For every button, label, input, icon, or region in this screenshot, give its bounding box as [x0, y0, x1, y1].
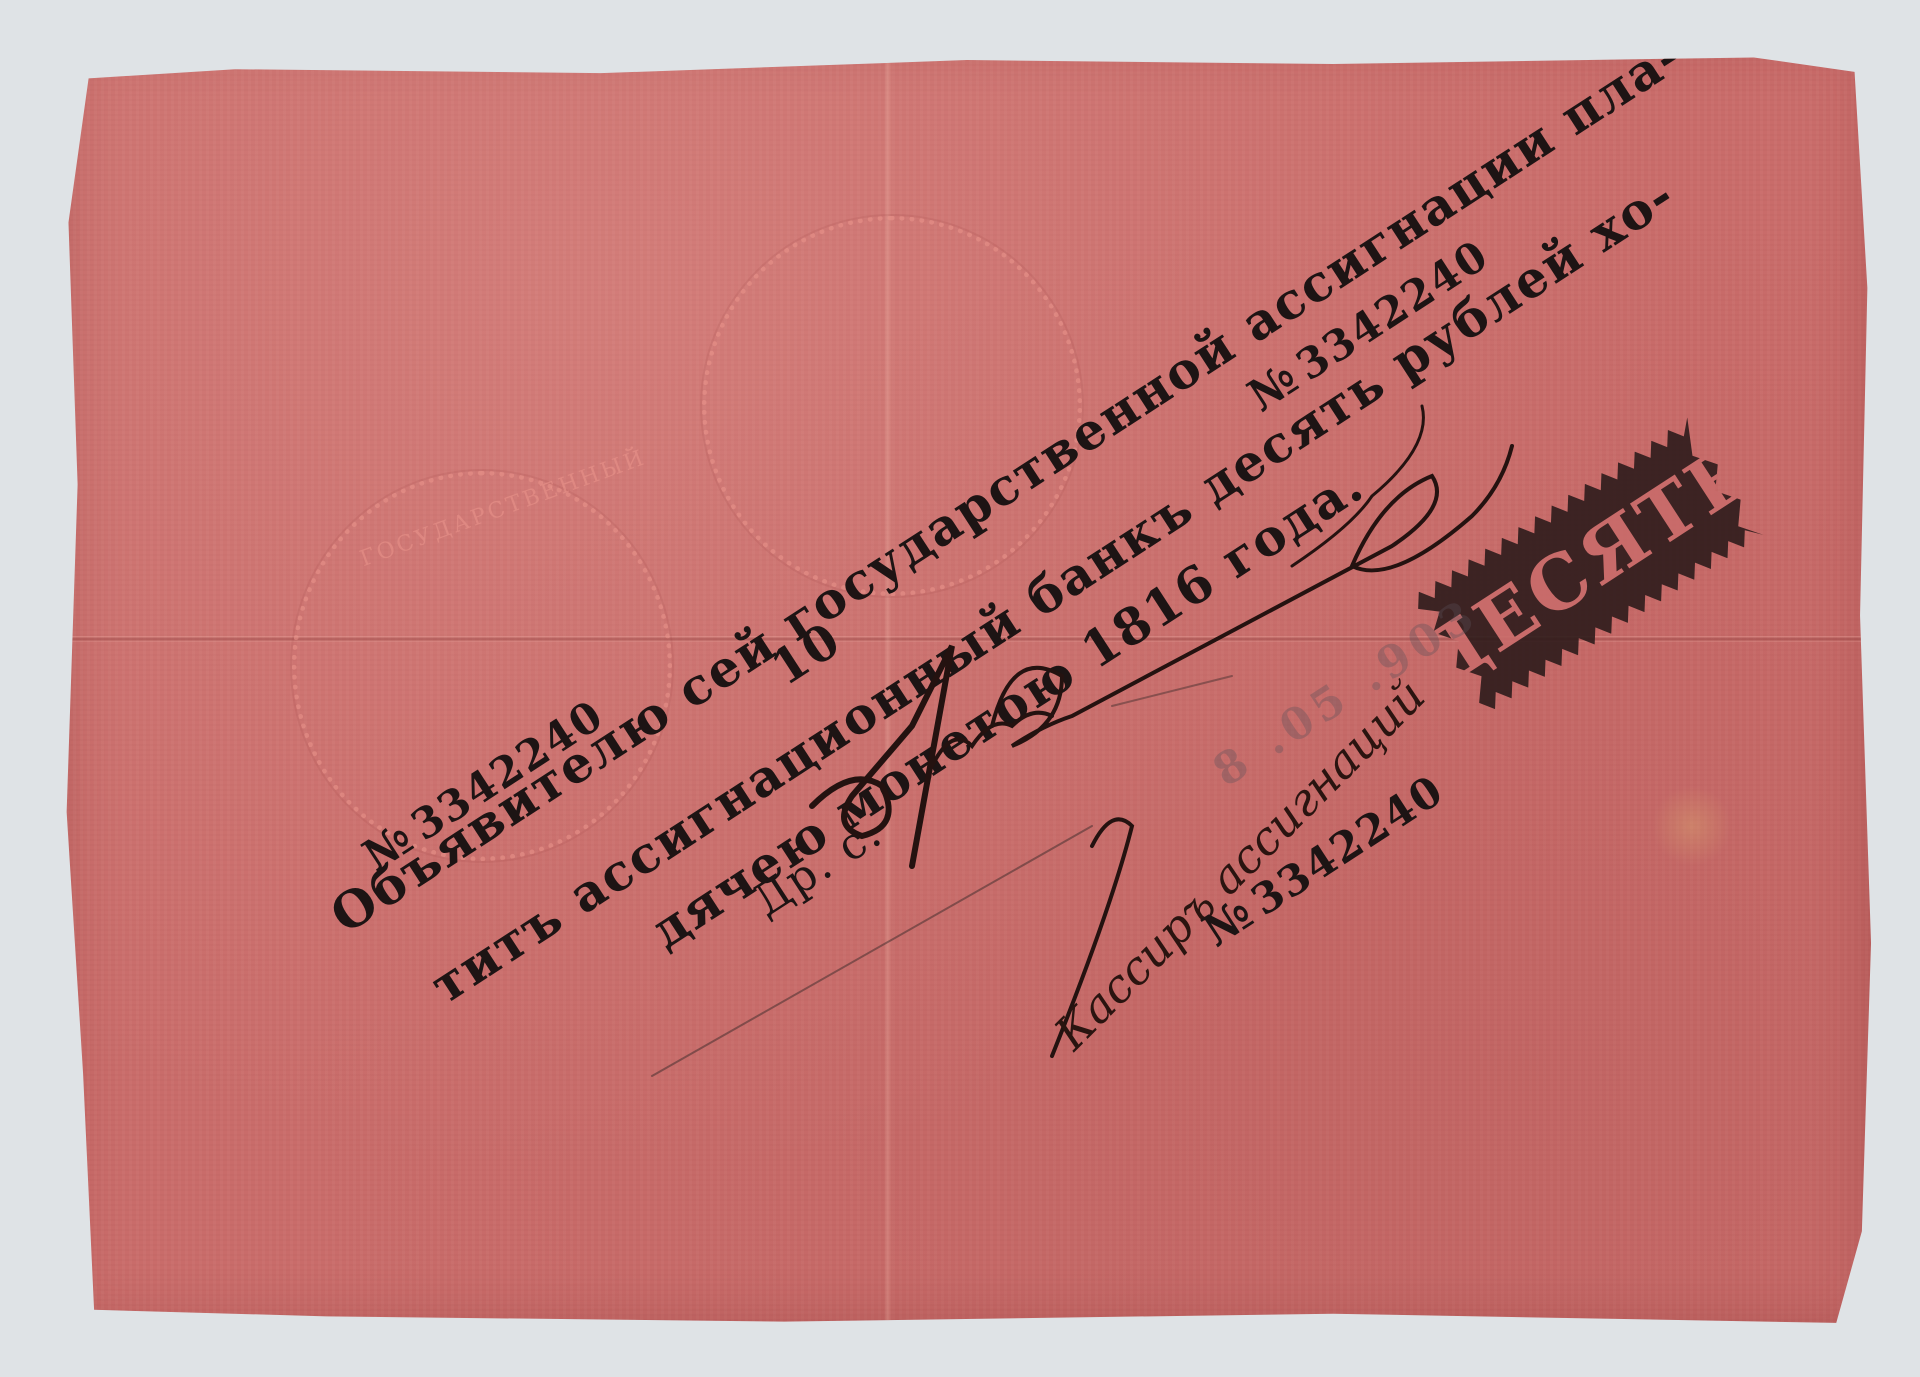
signature-1	[812, 646, 952, 866]
signature-2	[992, 446, 1512, 746]
signatures	[52, 26, 1882, 1336]
banknote: ГОСУДАРСТВЕННЫЙ № 3342240 10 Объявителю …	[52, 26, 1882, 1336]
